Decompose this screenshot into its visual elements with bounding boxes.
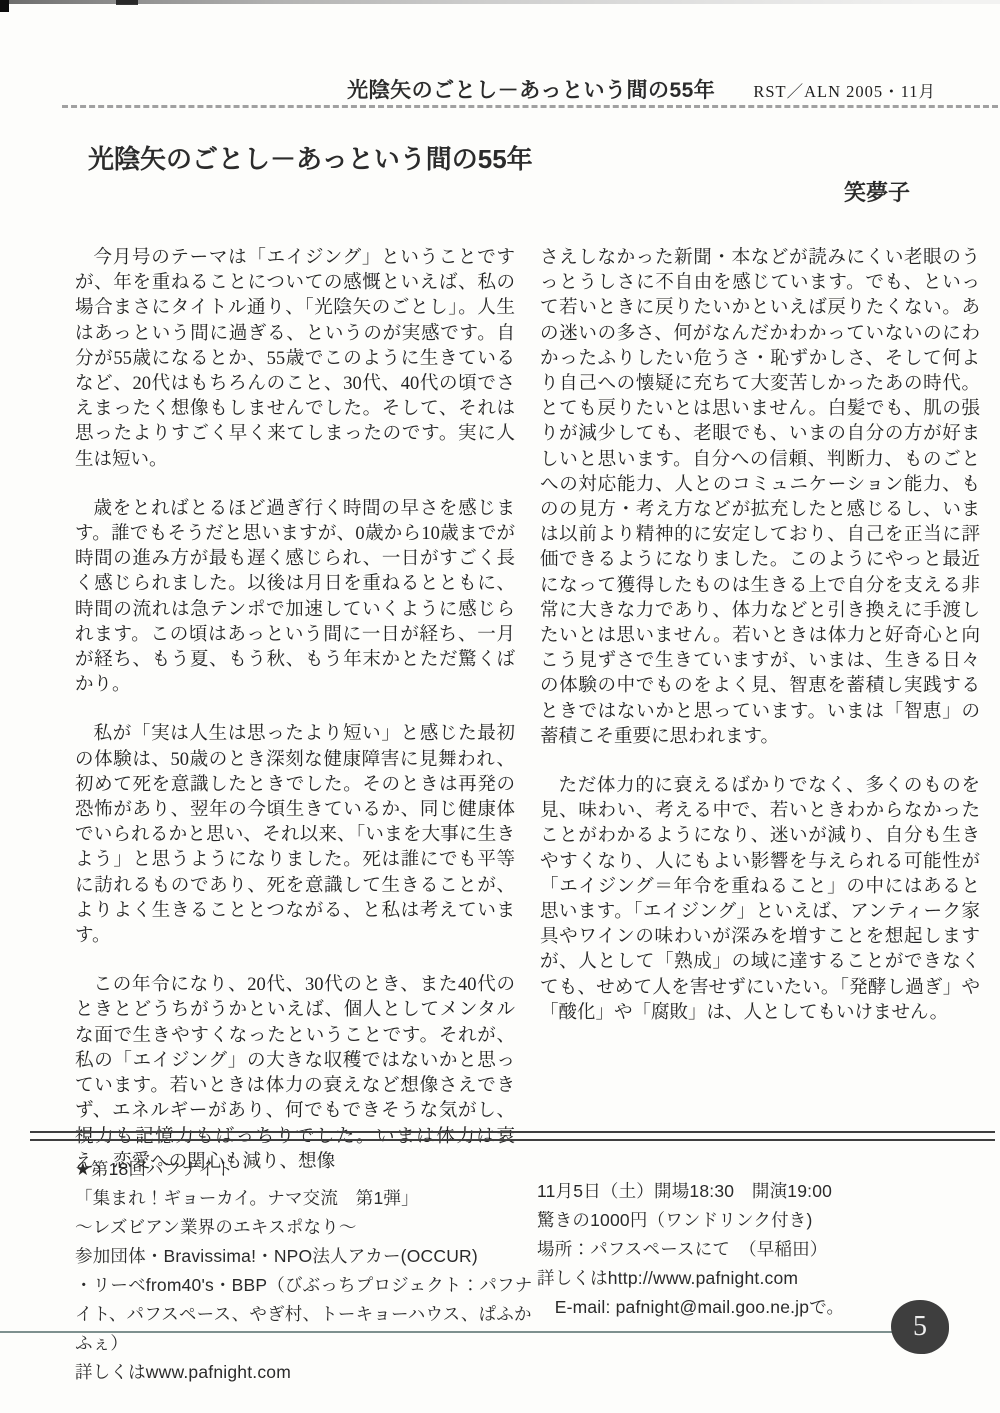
event-place-line: 場所：パフスペースにて （早稲田） (537, 1235, 980, 1264)
paragraph: 私が「実は人生は思ったより短い」と感じた最初の体験は、50歳のとき深刻な健康障害… (75, 722, 515, 949)
paragraph: この年令になり、20代、30代のとき、また40代のときとどうちがうかといえば、個… (75, 973, 515, 1175)
event-notice: ★第18回パフナイト 「集まれ！ギョーカイ。ナマ交流 第1弾」 〜レズビアン業界… (75, 1155, 980, 1387)
paragraph-continuation: さえしなかった新聞・本などが読みにくい老眼のうっとうしさに不自由を感じています。… (540, 246, 980, 750)
page-bottom-rule (0, 1331, 896, 1333)
event-title-line: ★第18回パフナイト (75, 1155, 537, 1184)
paragraph: 今月号のテーマは「エイジング」ということですが、年を重ねることについての感慨とい… (75, 246, 515, 473)
page-number-badge: 5 (891, 1300, 949, 1354)
right-column: さえしなかった新聞・本などが読みにくい老眼のうっとうしさに不自由を感じています。… (540, 246, 980, 1199)
scan-artifact-top-edge (0, 0, 1000, 4)
scanned-magazine-page: 光陰矢のごとし－あっという間の55年 RST／ALN 2005・11月 光陰矢の… (0, 0, 1000, 1413)
event-date-line: 11月5日（土）開場18:30 開演19:00 (537, 1177, 980, 1206)
event-price-line: 驚きの1000円（ワンドリンク付き) (537, 1206, 980, 1235)
article-author: 笑夢子 (844, 176, 910, 207)
running-title: 光陰矢のごとし－あっという間の55年 (347, 74, 715, 104)
event-url-line: 詳しくはhttp://www.pafnight.com (537, 1264, 980, 1293)
running-head: 光陰矢のごとし－あっという間の55年 RST／ALN 2005・11月 (0, 74, 936, 104)
event-subtitle-line: 「集まれ！ギョーカイ。ナマ交流 第1弾」 (75, 1184, 537, 1213)
scan-artifact-corner (0, 0, 9, 12)
event-participants-line: 参加団体・Bravissima!・NPO法人アカー(OCCUR) (75, 1242, 537, 1271)
header-divider-dashed (62, 105, 998, 108)
event-notice-left: ★第18回パフナイト 「集まれ！ギョーカイ。ナマ交流 第1弾」 〜レズビアン業界… (75, 1155, 537, 1387)
article-body: 今月号のテーマは「エイジング」ということですが、年を重ねることについての感慨とい… (75, 246, 980, 1199)
issue-label: RST／ALN 2005・11月 (753, 78, 936, 102)
scan-artifact-speck (116, 0, 138, 5)
paragraph: ただ体力的に衰えるばかりでなく、多くのものを見、味わい、考える中で、若いときわか… (540, 774, 980, 1026)
event-tagline: 〜レズビアン業界のエキスポなり〜 (75, 1213, 537, 1242)
article-title: 光陰矢のごとし－あっという間の55年 (88, 139, 533, 176)
event-website-line: 詳しくはwww.pafnight.com (75, 1358, 537, 1387)
paragraph: 歳をとればとるほど過ぎ行く時間の早さを感じます。誰でもそうだと思いますが、0歳か… (75, 497, 515, 699)
event-participants-line: ・リーベfrom40's・BBP（びぶっちプロジェクト：パフナイト、パフスペース… (75, 1271, 537, 1358)
footer-divider-double-line (30, 1131, 995, 1141)
page-number: 5 (913, 1311, 927, 1343)
left-column: 今月号のテーマは「エイジング」ということですが、年を重ねることについての感慨とい… (75, 246, 515, 1199)
